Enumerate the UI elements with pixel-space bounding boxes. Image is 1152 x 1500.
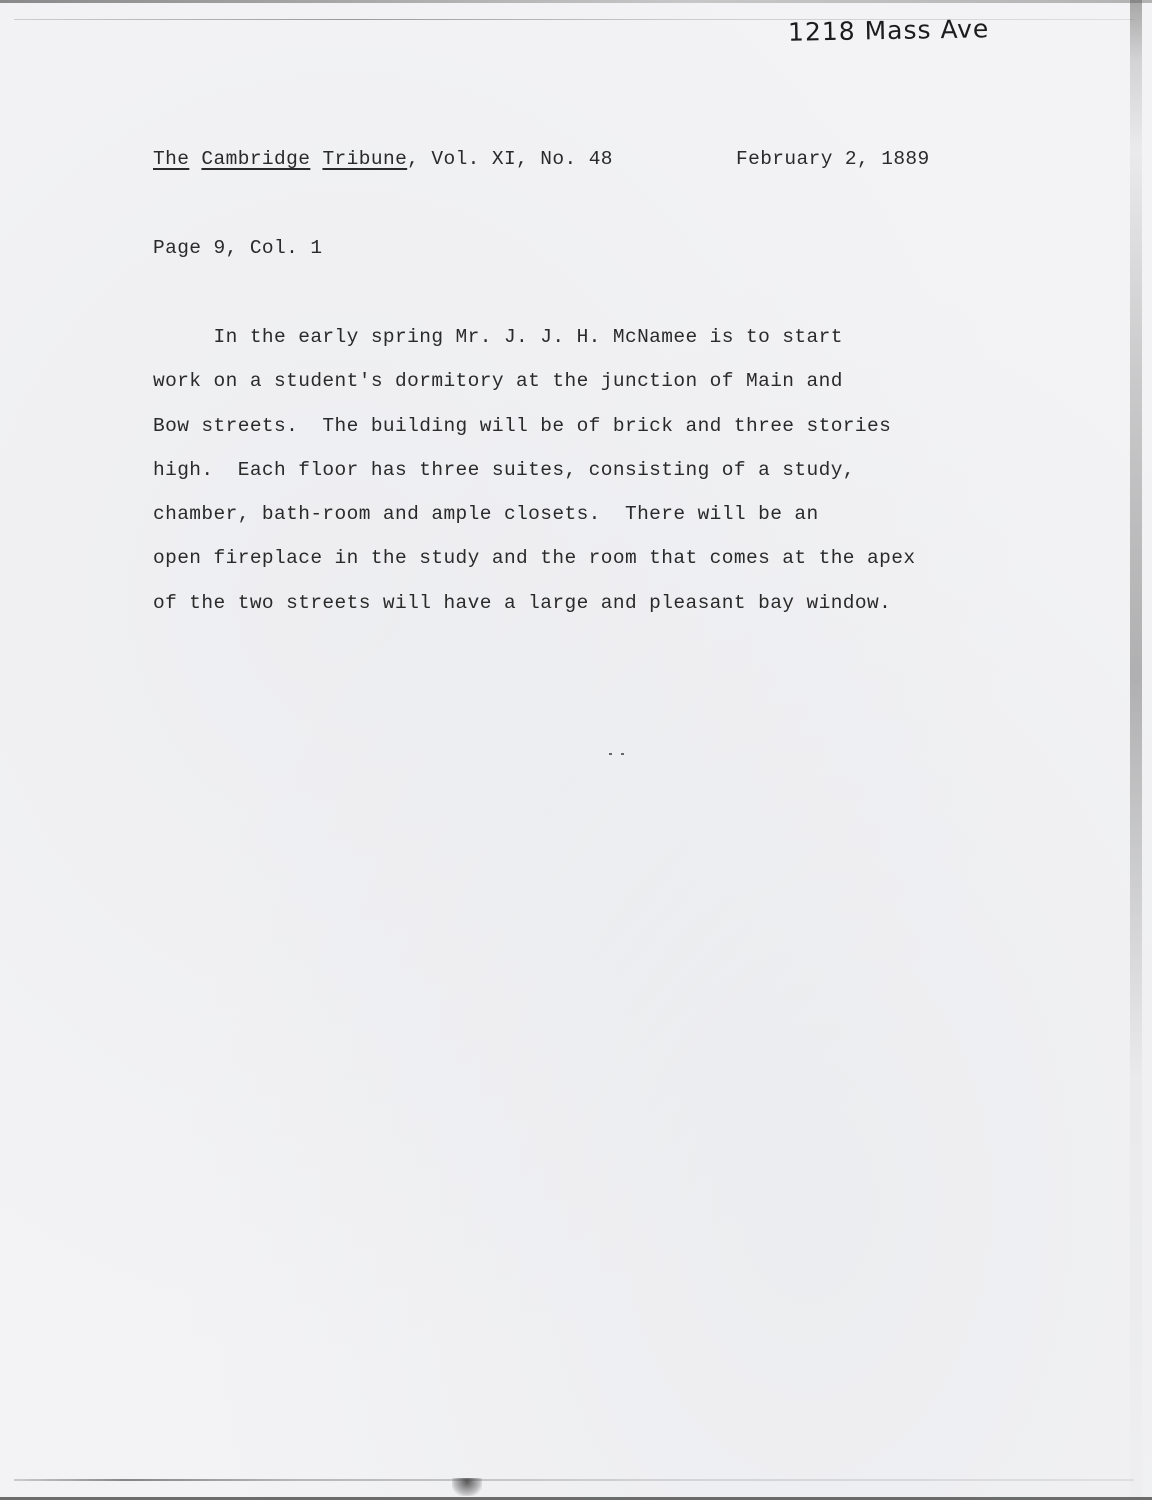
stray-typewriter-mark (609, 753, 623, 755)
body-line: work on a student's dormitory at the jun… (153, 369, 1053, 413)
publication-word-2: Cambridge (201, 148, 310, 170)
publication-word-3: Tribune (322, 148, 407, 170)
scan-edge-right (1130, 0, 1142, 1500)
body-line: open fireplace in the study and the room… (153, 546, 1053, 590)
volume-info: , Vol. XI, No. 48 (407, 148, 613, 170)
publication-date: February 2, 1889 (736, 148, 930, 170)
page-column-reference: Page 9, Col. 1 (153, 237, 322, 259)
body-line: high. Each floor has three suites, consi… (153, 458, 1053, 502)
body-line: chamber, bath-room and ample closets. Th… (153, 502, 1053, 546)
document-page: 1218 Mass Ave The Cambridge Tribune, Vol… (0, 0, 1152, 1500)
scan-line-bottom (14, 1479, 1134, 1481)
publication-word-1: The (153, 148, 189, 170)
body-line: of the two streets will have a large and… (153, 591, 1053, 635)
citation-header: The Cambridge Tribune, Vol. XI, No. 48 (153, 148, 613, 170)
scan-smudge (452, 1478, 482, 1496)
body-line: In the early spring Mr. J. J. H. McNamee… (153, 325, 1053, 369)
body-line: Bow streets. The building will be of bri… (153, 414, 1053, 458)
article-body: In the early spring Mr. J. J. H. McNamee… (153, 325, 1053, 635)
scan-edge-top (0, 0, 1152, 3)
handwritten-address-note: 1218 Mass Ave (788, 14, 990, 47)
